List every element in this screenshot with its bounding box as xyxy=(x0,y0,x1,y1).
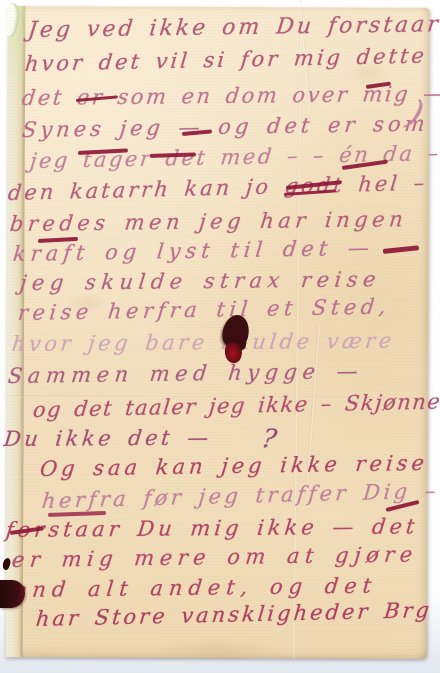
handwriting-line: Du ikke det — xyxy=(3,426,214,453)
handwriting-line: er mig mere om at gjøre xyxy=(11,542,420,573)
handwriting-line: har Store vanskligheder Brg xyxy=(35,598,434,632)
handwriting-line: Synes jeg — og det er som xyxy=(21,112,430,144)
handwriting-line: jeg skulde strax reise xyxy=(19,267,383,296)
handwriting-line: hvor det vil si for mig dette xyxy=(24,44,428,78)
ink-stroke-dash-end-line8 xyxy=(383,245,419,254)
handwriting-line: hvor jeg bare skulde være xyxy=(11,329,397,358)
handwriting-line: Sammen med hygge — xyxy=(7,359,365,389)
handwriting-line: Og saa kan jeg ikke reise xyxy=(39,451,430,482)
handwriting-line: den katarrh kan jo godt hel – xyxy=(7,171,429,207)
handwriting-layer: Jeg ved ikke om Du forstaarhvor det vil … xyxy=(0,0,440,673)
ink-blot-left xyxy=(0,580,25,608)
handwriting-line: Jeg ved ikke om Du forstaar xyxy=(27,12,440,44)
ink-stroke-strikeout-herfra xyxy=(48,511,106,517)
handwriting-line: reise herfra til et Sted, xyxy=(17,294,392,326)
handwriting-line: og det taaler jeg ikke – Skjønner xyxy=(32,389,440,423)
handwriting-line: bredes men jeg har ingen xyxy=(9,207,409,237)
ink-blot-center xyxy=(220,315,254,365)
handwriting-line: forstaar Du mig ikke — det xyxy=(5,514,420,543)
handwriting-line: jeg tager det med – – én da – xyxy=(29,141,440,174)
handwriting-line: end alt andet, og det xyxy=(13,574,379,604)
handwriting-line: herfra før jeg traffer Dig – xyxy=(41,479,440,515)
scanned-letter: Jeg ved ikke om Du forstaarhvor det vil … xyxy=(0,0,440,673)
handwriting-line: ? xyxy=(259,424,279,456)
